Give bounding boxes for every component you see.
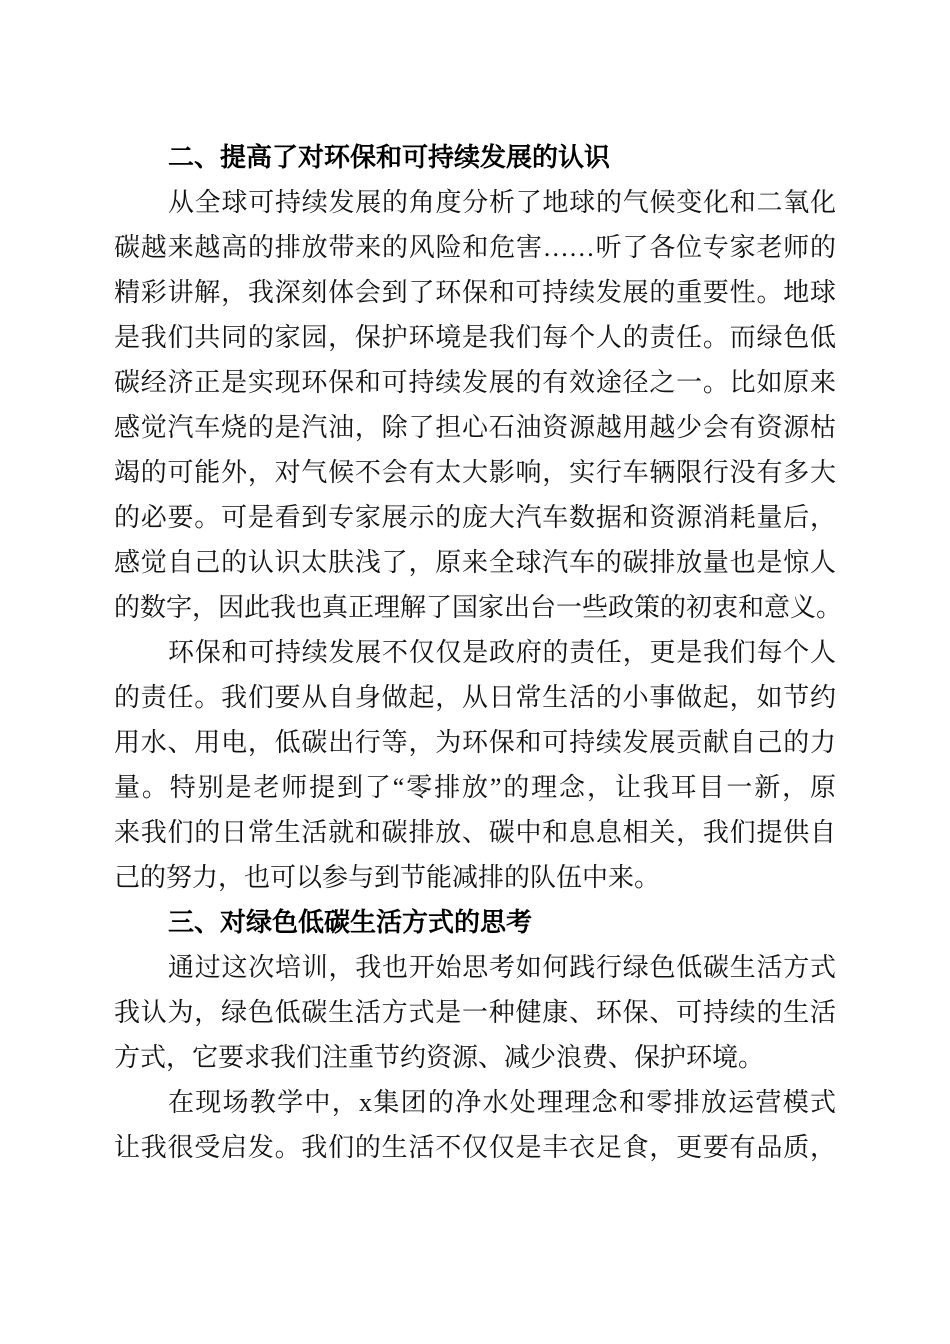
body-line: 竭的可能外，对气候不会有太大影响，实行车辆限行没有多大 [114,450,836,495]
body-line: 来我们的日常生活就和碳排放、碳中和息息相关，我们提供自 [114,810,836,855]
section-heading-low-carbon-lifestyle: 三、对绿色低碳生活方式的思考 [114,900,836,945]
document-page: 二、提高了对环保和可持续发展的认识 从全球可持续发展的角度分析了地球的气候变化和… [0,0,950,1344]
body-line: 精彩讲解，我深刻体会到了环保和可持续发展的重要性。地球 [114,270,836,315]
paragraph-global-sustainability: 从全球可持续发展的角度分析了地球的气候变化和二氧化 碳越来越高的排放带来的风险和… [114,180,836,630]
paragraph-everyone-responsibility: 环保和可持续发展不仅仅是政府的责任，更是我们每个人 的责任。我们要从自身做起，从… [114,630,836,900]
body-line: 用水、用电，低碳出行等，为环保和可持续发展贡献自己的力 [114,720,836,765]
paragraph-lifestyle-thinking: 通过这次培训，我也开始思考如何践行绿色低碳生活方式 我认为，绿色低碳生活方式是一… [114,945,836,1080]
paragraph-field-teaching: 在现场教学中，x集团的净水处理理念和零排放运营模式 让我很受启发。我们的生活不仅… [114,1080,836,1170]
body-line: 感觉汽车烧的是汽油，除了担心石油资源越用越少会有资源枯 [114,405,836,450]
body-line: 的数字，因此我也真正理解了国家出台一些政策的初衷和意义。 [114,585,836,630]
body-line: 感觉自己的认识太肤浅了，原来全球汽车的碳排放量也是惊人 [114,540,836,585]
body-line: 环保和可持续发展不仅仅是政府的责任，更是我们每个人 [114,630,836,675]
body-line: 量。特别是老师提到了“零排放”的理念，让我耳目一新，原 [114,765,836,810]
body-line: 的必要。可是看到专家展示的庞大汽车数据和资源消耗量后， [114,495,836,540]
body-line: 己的努力，也可以参与到节能减排的队伍中来。 [114,855,836,900]
body-line: 我认为，绿色低碳生活方式是一种健康、环保、可持续的生活 [114,990,836,1035]
body-line: 从全球可持续发展的角度分析了地球的气候变化和二氧化 [114,180,836,225]
body-line: 方式，它要求我们注重节约资源、减少浪费、保护环境。 [114,1035,836,1080]
body-line: 碳越来越高的排放带来的风险和危害……听了各位专家老师的 [114,225,836,270]
body-line: 通过这次培训，我也开始思考如何践行绿色低碳生活方式 [114,945,836,990]
body-line: 在现场教学中，x集团的净水处理理念和零排放运营模式 [114,1080,836,1125]
section-heading-environment-awareness: 二、提高了对环保和可持续发展的认识 [114,135,836,180]
body-line: 的责任。我们要从自身做起，从日常生活的小事做起，如节约 [114,675,836,720]
document-content: 二、提高了对环保和可持续发展的认识 从全球可持续发展的角度分析了地球的气候变化和… [114,135,836,1170]
body-line: 让我很受启发。我们的生活不仅仅是丰衣足食，更要有品质， [114,1125,836,1170]
body-line: 是我们共同的家园，保护环境是我们每个人的责任。而绿色低 [114,315,836,360]
body-line: 碳经济正是实现环保和可持续发展的有效途径之一。比如原来 [114,360,836,405]
